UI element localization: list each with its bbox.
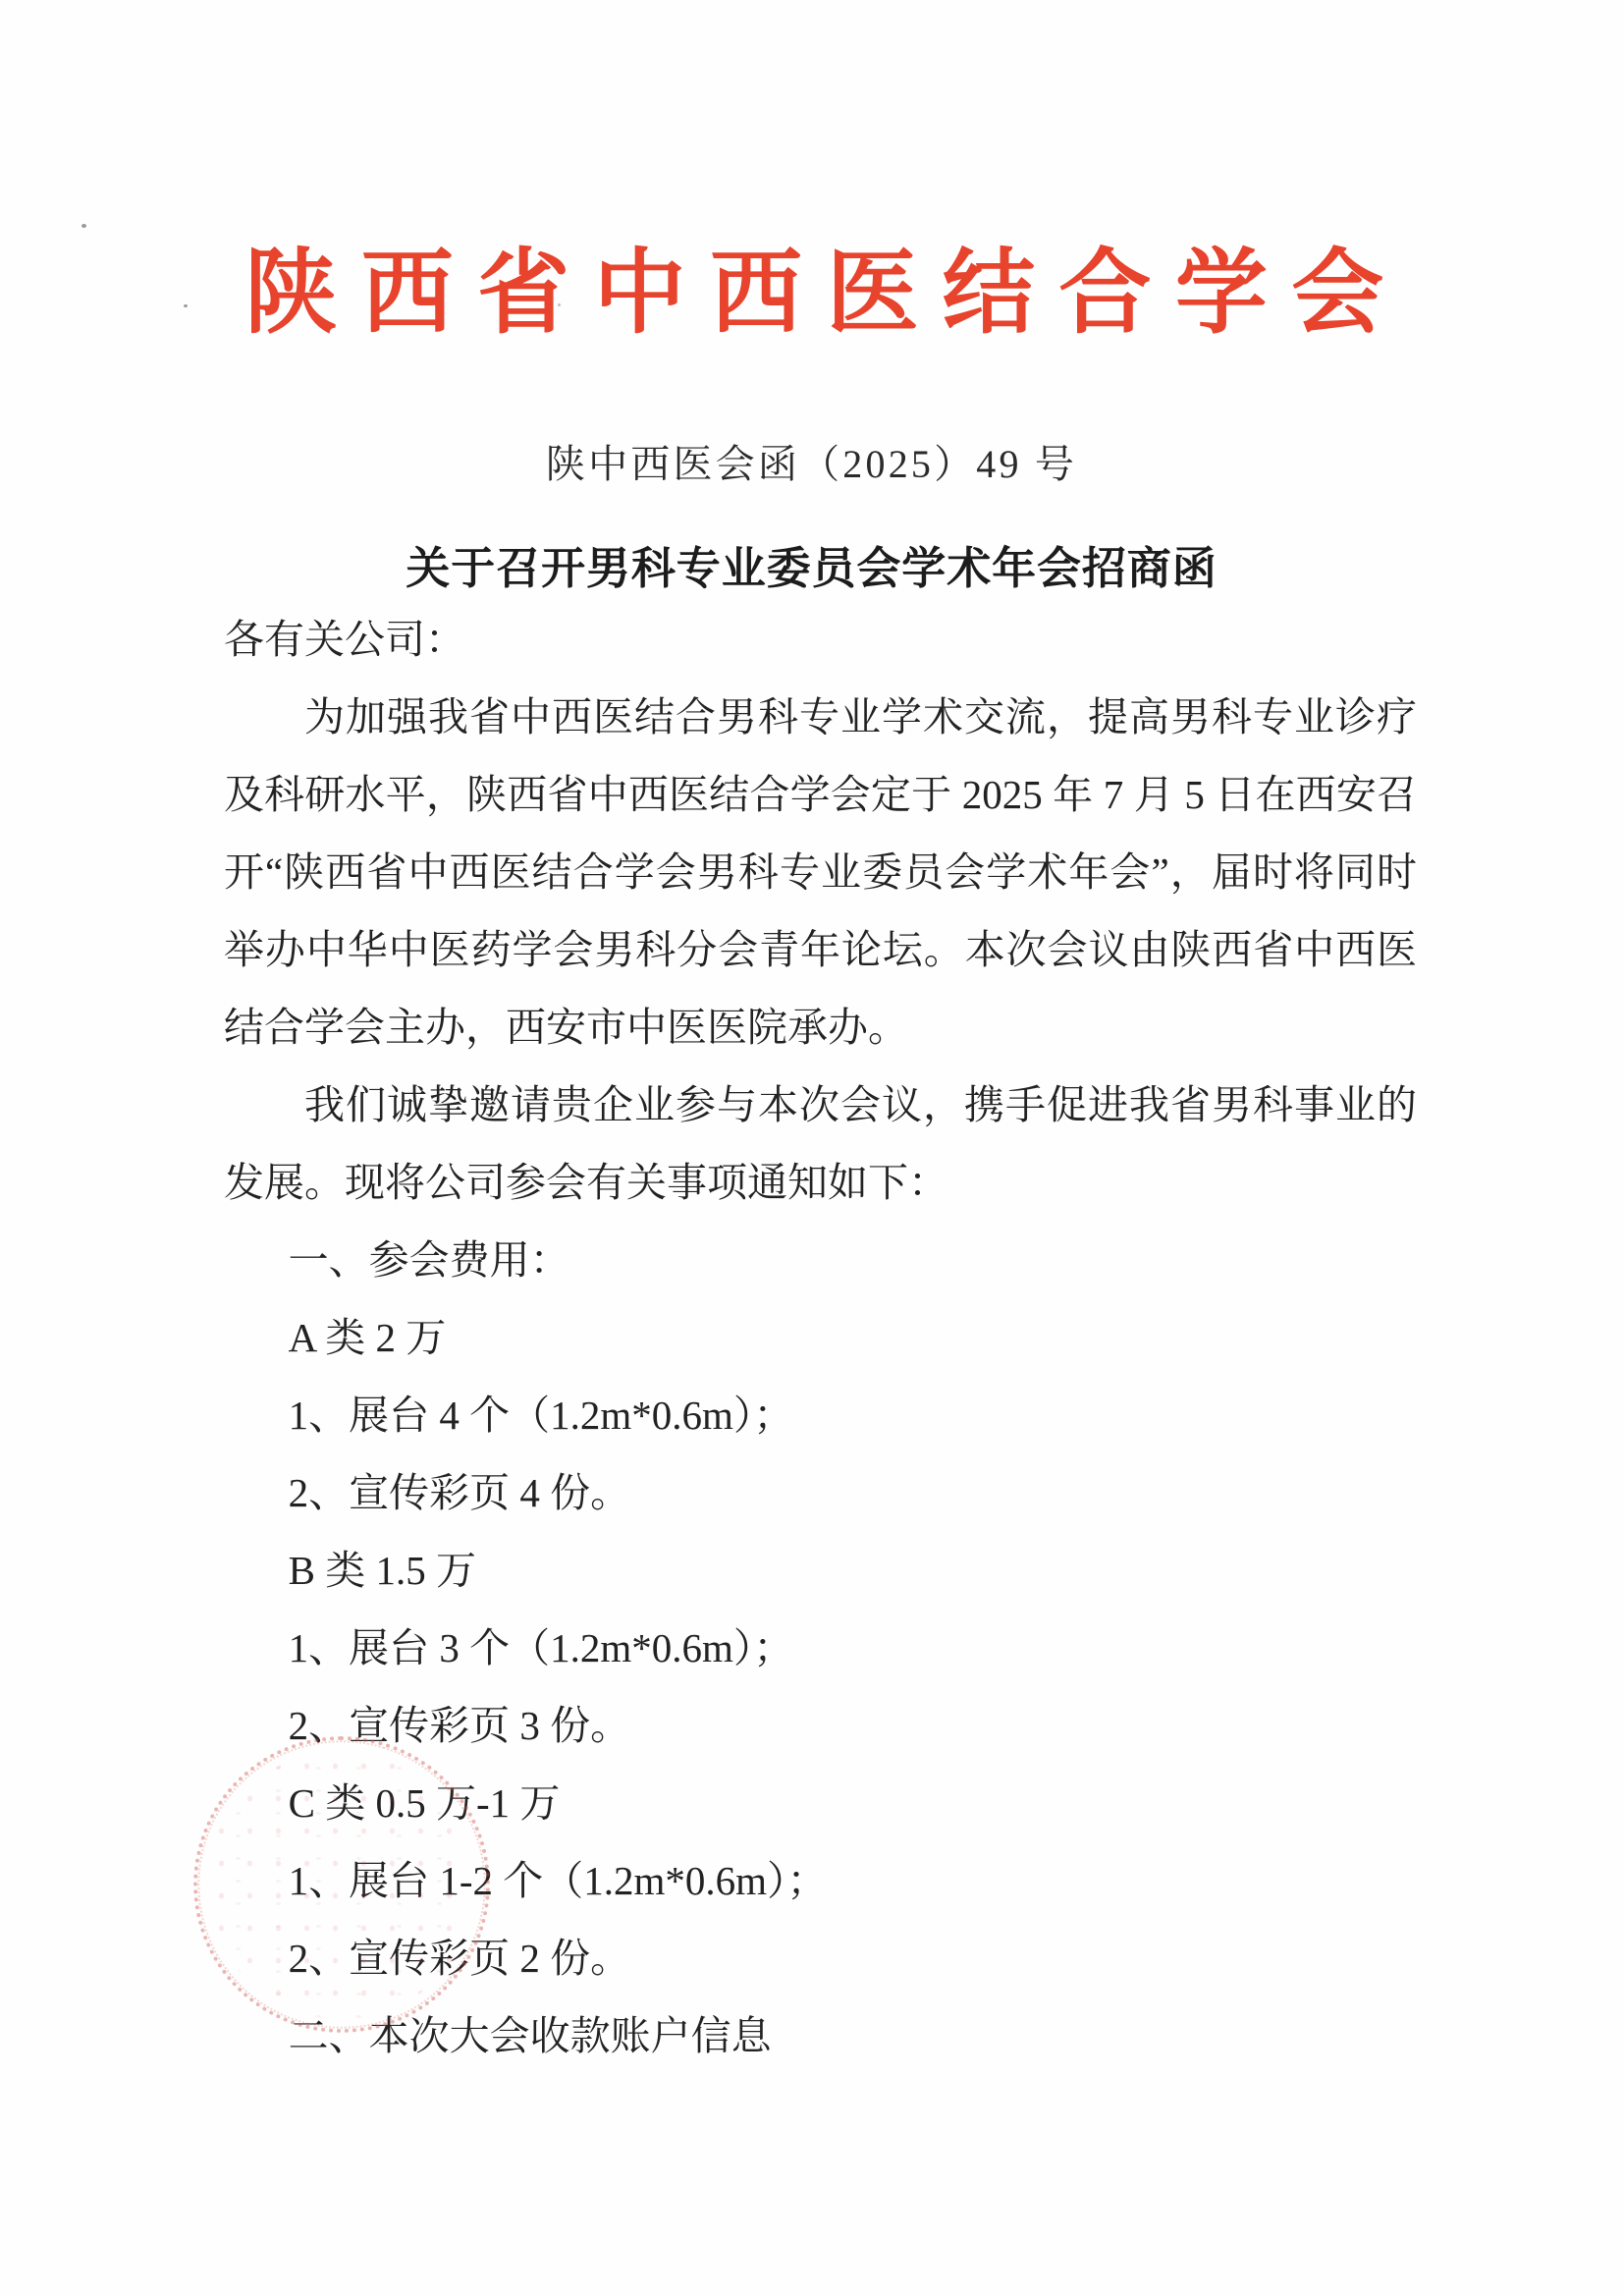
list-item-b-flyers: 2、宣传彩页 3 份。: [224, 1687, 1417, 1765]
list-item-class-c: C 类 0.5 万-1 万: [224, 1765, 1417, 1842]
org-title: 陕西省中西医结合学会: [0, 247, 1623, 340]
list-item-section-account: 二、本次大会收款账户信息: [224, 1997, 1417, 2075]
subject-title: 关于召开男科专业委员会学术年会招商函: [0, 540, 1623, 598]
paragraph-intro: 为加强我省中西医结合男科专业学术交流，提高男科专业诊疗及科研水平，陕西省中西医结…: [224, 679, 1417, 1066]
list-item-section-fees: 一、参会费用：: [224, 1222, 1417, 1299]
list-item-c-flyers: 2、宣传彩页 2 份。: [224, 1920, 1417, 1997]
doc-number: 陕中西医会函（2025）49 号: [0, 440, 1623, 489]
letter-body: 各有关公司： 为加强我省中西医结合男科专业学术交流，提高男科专业诊疗及科研水平，…: [224, 601, 1417, 2075]
list-item-class-a: A 类 2 万: [224, 1299, 1417, 1377]
paragraph-invitation: 我们诚挚邀请贵企业参与本次会议，携手促进我省男科事业的发展。现将公司参会有关事项…: [224, 1066, 1417, 1222]
list-item-a-flyers: 2、宣传彩页 4 份。: [224, 1454, 1417, 1532]
letter-page: 陕西省中西医结合学会 陕中西医会函（2025）49 号 关于召开男科专业委员会学…: [0, 0, 1623, 2296]
salutation: 各有关公司：: [224, 601, 1417, 679]
list-item-class-b: B 类 1.5 万: [224, 1532, 1417, 1610]
scan-speck: [81, 224, 86, 228]
list-item-b-booth: 1、展台 3 个（1.2m*0.6m）；: [224, 1610, 1417, 1687]
list-item-c-booth: 1、展台 1-2 个（1.2m*0.6m）；: [224, 1842, 1417, 1920]
list-item-a-booth: 1、展台 4 个（1.2m*0.6m）；: [224, 1377, 1417, 1454]
